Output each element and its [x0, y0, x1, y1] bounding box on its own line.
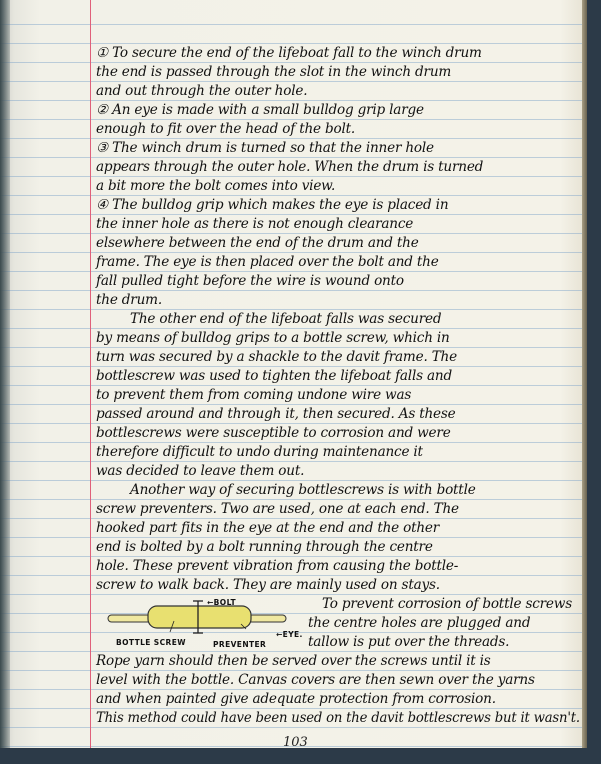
sketch-label-eye: ←EYE. [276, 625, 303, 644]
text-line: The other end of the lifeboat falls was … [96, 310, 580, 329]
text-line: elsewhere between the end of the drum an… [96, 234, 580, 253]
text-line: Another way of securing bottlescrews is … [96, 481, 580, 500]
step-3: ③ The winch drum is turned so that the i… [96, 139, 580, 196]
paragraph-corrosion: To prevent corrosion of bottle screws th… [308, 595, 587, 652]
text-line: the centre holes are plugged and [308, 614, 587, 633]
text-line: level with the bottle. Canvas covers are… [96, 671, 580, 690]
text-line: Rope yarn should then be served over the… [96, 652, 580, 671]
text-line: fall pulled tight before the wire is wou… [96, 272, 580, 291]
page-number: 103 [283, 735, 308, 748]
text-line: and out through the outer hole. [96, 82, 580, 101]
notebook-page: ① To secure the end of the lifeboat fall… [0, 0, 587, 748]
text-line: ③ The winch drum is turned so that the i… [96, 139, 580, 158]
text-line: appears through the outer hole. When the… [96, 158, 580, 177]
text-line: and when painted give adequate protectio… [96, 690, 580, 709]
handwritten-text: ① To secure the end of the lifeboat fall… [96, 44, 580, 728]
text-line: turn was secured by a shackle to the dav… [96, 348, 580, 367]
text-line: ② An eye is made with a small bulldog gr… [96, 101, 580, 120]
paragraph-other-end: The other end of the lifeboat falls was … [96, 310, 580, 481]
text-line: To prevent corrosion of bottle screws [308, 595, 587, 614]
text-line: the drum. [96, 291, 580, 310]
text-line: to prevent them from coming undone wire … [96, 386, 580, 405]
text-line: a bit more the bolt comes into view. [96, 177, 580, 196]
binding-shadow [0, 0, 10, 748]
text-line: by means of bulldog grips to a bottle sc… [96, 329, 580, 348]
step-1: ① To secure the end of the lifeboat fall… [96, 44, 580, 101]
text-line: the inner hole as there is not enough cl… [96, 215, 580, 234]
sketch-row: ←BOLT BOTTLE SCREW PREVENTER ←EYE. To pr… [96, 595, 580, 652]
text-line: was decided to leave them out. [96, 462, 580, 481]
text-line: ④ The bulldog grip which makes the eye i… [96, 196, 580, 215]
text-line: tallow is put over the threads. [308, 633, 587, 652]
step-4: ④ The bulldog grip which makes the eye i… [96, 196, 580, 310]
margin-line [90, 0, 91, 748]
text-line: hole. These prevent vibration from causi… [96, 557, 580, 576]
text-line: bottlescrews were susceptible to corrosi… [96, 424, 580, 443]
text-line: frame. The eye is then placed over the b… [96, 253, 580, 272]
sketch-label-preventer: PREVENTER [213, 635, 266, 654]
text-line: screw preventers. Two are used, one at e… [96, 500, 580, 519]
sketch-label-bottle-screw: BOTTLE SCREW [116, 633, 186, 652]
text-line: passed around and through it, then secur… [96, 405, 580, 424]
sketch-label-bolt: ←BOLT [207, 593, 236, 612]
paragraph-preventers: Another way of securing bottlescrews is … [96, 481, 580, 595]
text-line: bottlescrew was used to tighten the life… [96, 367, 580, 386]
step-2: ② An eye is made with a small bulldog gr… [96, 101, 580, 139]
text-line: end is bolted by a bolt running through … [96, 538, 580, 557]
text-line: therefore difficult to undo during maint… [96, 443, 580, 462]
text-line: This method could have been used on the … [96, 709, 580, 728]
text-line: enough to fit over the head of the bolt. [96, 120, 580, 139]
text-line: hooked part fits in the eye at the end a… [96, 519, 580, 538]
paragraph-final: Rope yarn should then be served over the… [96, 652, 580, 728]
text-line: the end is passed through the slot in th… [96, 63, 580, 82]
text-line: ① To secure the end of the lifeboat fall… [96, 44, 580, 63]
